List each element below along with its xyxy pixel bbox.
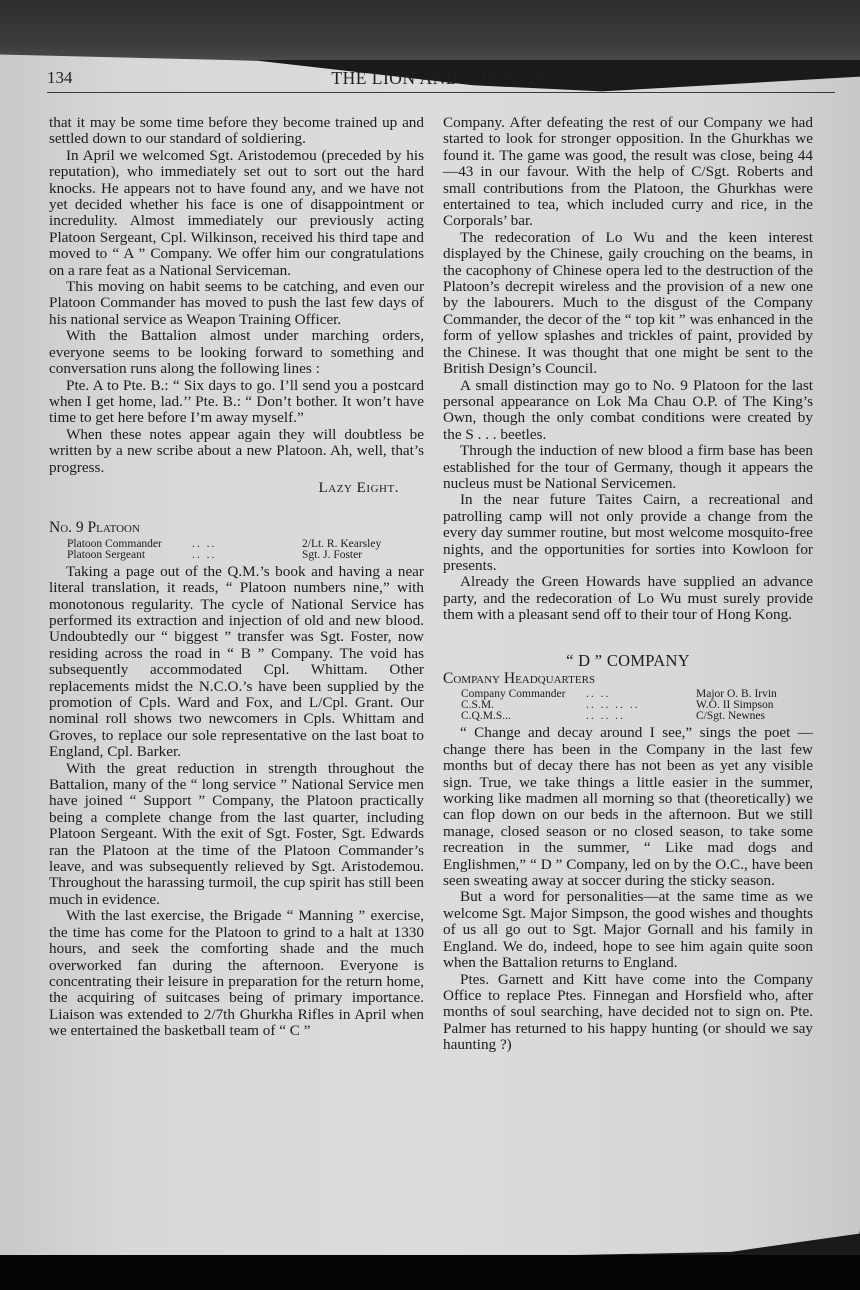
subheading: Company Headquarters: [443, 671, 813, 687]
paragraph: In the near future Taites Cairn, a recre…: [443, 492, 813, 574]
roster-name: Sgt. J. Foster: [302, 550, 424, 561]
roster-row: Platoon Sergeant .. .. Sgt. J. Foster: [67, 550, 424, 561]
paragraph: In April we welcomed Sgt. Aristodemou (p…: [49, 148, 424, 279]
roster-role: C.Q.M.S...: [461, 711, 576, 722]
paragraph: With the Battalion almost under marching…: [49, 328, 424, 377]
roster-leader-dots: .. ..: [182, 550, 302, 561]
roster-table: Company Commander .. .. Major O. B. Irvi…: [461, 689, 813, 722]
company-title: “ D ” COMPANY: [443, 653, 813, 669]
paragraph: The redecoration of Lo Wu and the keen i…: [443, 230, 813, 378]
paragraph: This moving on habit seems to be catchin…: [49, 279, 424, 328]
roster-row: C.Q.M.S... .. .. .. C/Sgt. Newnes: [461, 711, 813, 722]
paragraph: But a word for personalities—at the same…: [443, 889, 813, 971]
right-column: Company. After defeating the rest of our…: [443, 115, 813, 1054]
signature: Lazy Eight.: [49, 480, 399, 496]
page-header: 134 THE LION AND THE ROSE: [47, 66, 835, 93]
paragraph: “ Change and decay around I see,” sings …: [443, 725, 813, 889]
paragraph: Already the Green Howards have supplied …: [443, 574, 813, 623]
paragraph: With the last exercise, the Brigade “ Ma…: [49, 908, 424, 1039]
paragraph: Pte. A to Pte. B.: “ Six days to go. I’l…: [49, 378, 424, 427]
scan-background-bottom: [0, 1255, 860, 1290]
paragraph: Ptes. Garnett and Kitt have come into th…: [443, 972, 813, 1054]
roster-leader-dots: .. .. ..: [576, 711, 696, 722]
paragraph: Company. After defeating the rest of our…: [443, 115, 813, 230]
roster-name: C/Sgt. Newnes: [696, 711, 813, 722]
paragraph: When these notes appear again they will …: [49, 427, 424, 476]
paragraph: Taking a page out of the Q.M.’s book and…: [49, 564, 424, 761]
section-heading: No. 9 Platoon: [49, 520, 424, 536]
paragraph: A small distinction may go to No. 9 Plat…: [443, 378, 813, 444]
roster-role: Platoon Sergeant: [67, 550, 182, 561]
paragraph: With the great reduction in strength thr…: [49, 761, 424, 909]
left-column: that it may be some time before they bec…: [49, 115, 424, 1040]
paragraph: that it may be some time before they bec…: [49, 115, 424, 148]
scan-background-top: [0, 0, 860, 60]
paragraph: Through the induction of new blood a fir…: [443, 443, 813, 492]
roster-table: Platoon Commander .. .. 2/Lt. R. Kearsle…: [67, 539, 424, 561]
running-title: THE LION AND THE ROSE: [47, 68, 835, 89]
